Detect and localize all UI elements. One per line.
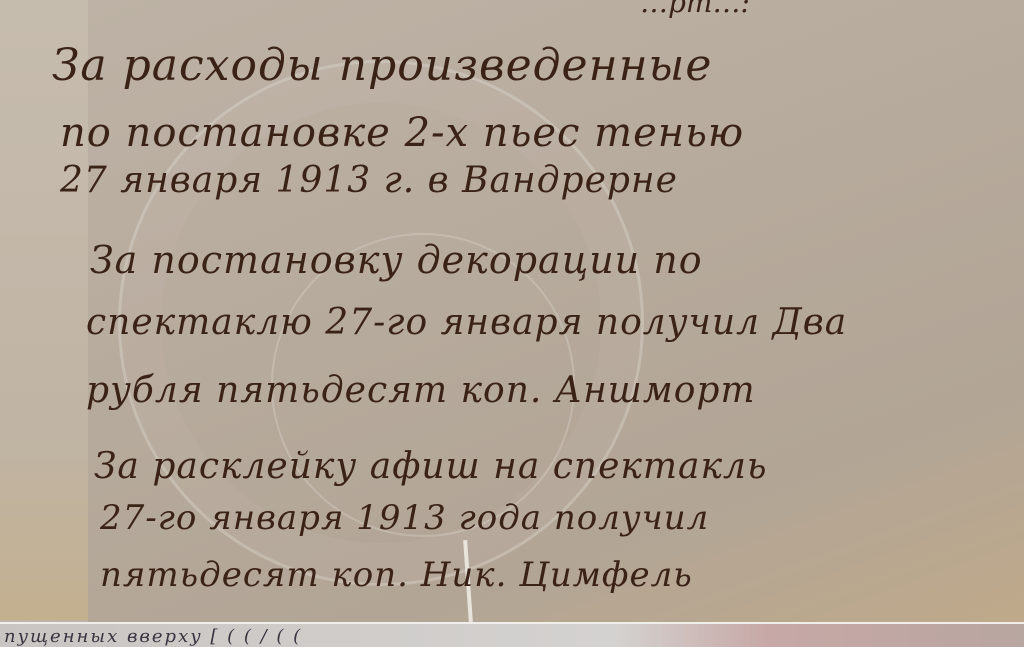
handwritten-line-7: За расклейку афиш на спектакль: [94, 446, 768, 487]
cropped-top-text: …рт…:: [640, 0, 750, 19]
underlying-paper-text: пущенных вверху [ ( ( / ( (: [4, 626, 302, 647]
folded-paper-margin: [0, 0, 89, 620]
handwritten-line-4: За постановку декорации по: [90, 238, 703, 282]
handwritten-line-3: 27 января 1913 г. в Вандрерне: [60, 160, 678, 201]
document-photo: …рт…: За расходы произведенные по постан…: [0, 0, 1024, 647]
handwritten-line-1: За расходы произведенные: [52, 40, 712, 91]
handwritten-line-5: спектаклю 27-го января получил Два: [86, 302, 847, 343]
handwritten-line-8: 27-го января 1913 года получил: [100, 498, 709, 538]
handwritten-line-6: рубля пятьдесят коп. Аншморт: [86, 370, 756, 411]
handwritten-line-9: пятьдесят коп. Ник. Цимфель: [100, 555, 693, 595]
underlying-paper-strip: пущенных вверху [ ( ( / ( (: [0, 622, 1024, 647]
handwritten-line-2: по постановке 2-х пьес тенью: [60, 110, 744, 156]
